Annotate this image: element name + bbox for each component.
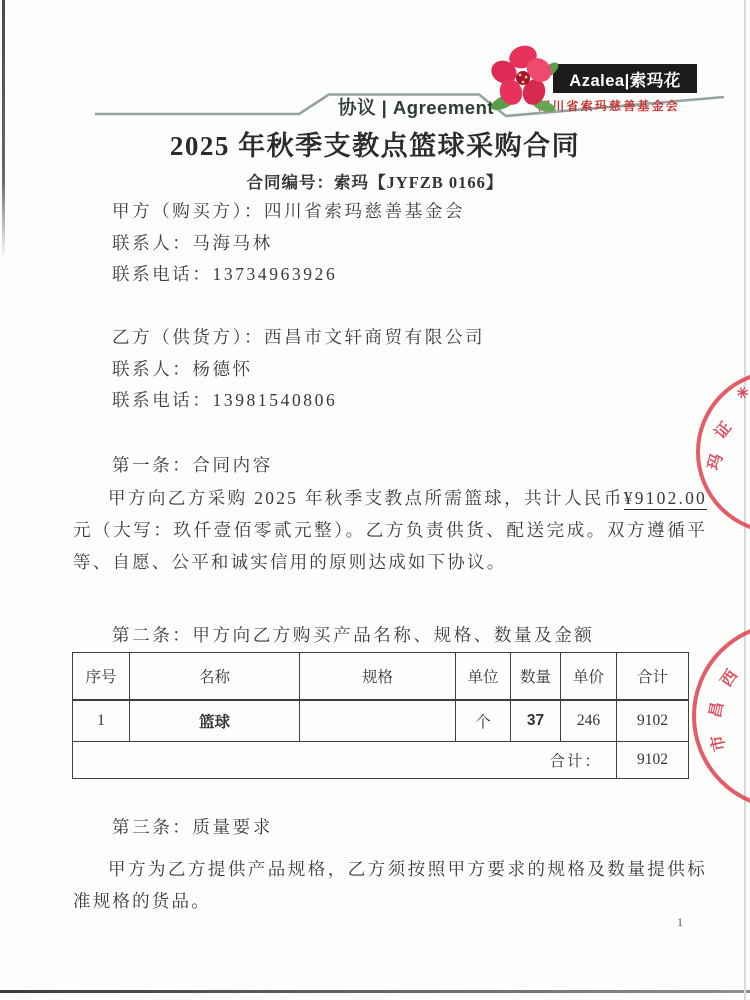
clause-3-heading: 第三条：质量要求	[73, 812, 707, 844]
clause-3-paragraph: 甲方为乙方提供产品规格，乙方须按照甲方要求的规格及数量提供标准规格的货品。	[73, 853, 707, 917]
contract-page: 协议 | Agreement Azalea|索玛花 四川省索玛慈善基金会 202…	[0, 0, 750, 1000]
banner-agreement-label: 协议 | Agreement	[330, 94, 502, 118]
cell-name: 篮球	[130, 700, 300, 742]
col-header-index: 序号	[73, 653, 130, 701]
total-label: 合计：	[73, 742, 617, 779]
party-a-contact: 联系人：马海马林	[73, 228, 713, 260]
col-header-qty: 数量	[511, 653, 561, 701]
total-value: 9102	[617, 742, 689, 779]
cell-price: 246	[561, 700, 617, 742]
party-a-phone: 联系电话：13734963926	[73, 259, 713, 291]
party-b-contact: 联系人：杨德怀	[73, 354, 713, 386]
seal-1-glyph: 玛	[701, 450, 728, 472]
seal-1-glyph: 证	[708, 416, 736, 443]
clause-1-text-after: 元（大写：玖仟壹佰零贰元整）。乙方负责供货、配送完成。双方遵循平等、自愿、公平和…	[73, 520, 707, 572]
col-header-total: 合计	[617, 653, 689, 701]
clause-1-text-before: 甲方向乙方采购 2025 年秋季支教点所需篮球，共计人民币	[108, 488, 624, 508]
seal-2-glyph: 市	[704, 733, 730, 753]
cell-total: 9102	[617, 700, 689, 742]
clause-2-heading: 第二条：甲方向乙方购买产品名称、规格、数量及金额	[73, 620, 733, 652]
seal-2-glyph: 昌	[702, 699, 728, 719]
party-b-role: 乙方（供货方）：西昌市文轩商贸有限公司	[73, 322, 713, 354]
col-header-spec: 规格	[300, 653, 456, 701]
seal-2-glyph: 西	[714, 664, 742, 690]
contract-number: 合同编号：索玛【JYFZB 0166】	[0, 169, 750, 193]
clause-3-block: 第三条：质量要求 甲方为乙方提供产品规格，乙方须按照甲方要求的规格及数量提供标准…	[73, 812, 707, 917]
cell-unit: 个	[456, 700, 511, 742]
clause-1-heading: 第一条：合同内容	[73, 450, 707, 482]
cell-index: 1	[73, 700, 130, 742]
col-header-price: 单价	[561, 653, 617, 701]
contract-amount-underlined: ¥9102.00	[624, 488, 707, 510]
clause-2-block: 第二条：甲方向乙方购买产品名称、规格、数量及金额	[73, 620, 733, 652]
scan-edge-bottom	[0, 990, 750, 993]
cell-spec	[300, 700, 456, 742]
document-title: 2025 年秋季支教点篮球采购合同	[0, 124, 750, 163]
col-header-unit: 单位	[456, 653, 511, 701]
clause-1-block: 第一条：合同内容 甲方向乙方采购 2025 年秋季支教点所需篮球，共计人民币¥9…	[73, 450, 707, 578]
table-row: 1 篮球 个 37 246 9102	[73, 700, 689, 742]
table-header-row: 序号 名称 规格 单位 数量 单价 合计	[73, 653, 689, 701]
org-logo: Azalea|索玛花 四川省索玛慈善基金会	[486, 38, 716, 116]
party-b-phone: 联系电话：13981540806	[73, 385, 713, 417]
party-a-role: 甲方（购买方）：四川省索玛慈善基金会	[73, 196, 713, 228]
table-total-row: 合计： 9102	[73, 742, 689, 779]
goods-table: 序号 名称 规格 单位 数量 单价 合计 1 篮球 个 37 246 9102 …	[72, 652, 689, 779]
star-icon: ✳	[733, 382, 750, 404]
cell-qty: 37	[511, 700, 561, 742]
party-b-block: 乙方（供货方）：西昌市文轩商贸有限公司 联系人：杨德怀 联系电话：1398154…	[73, 322, 713, 417]
col-header-name: 名称	[130, 653, 300, 701]
clause-1-paragraph: 甲方向乙方采购 2025 年秋季支教点所需篮球，共计人民币¥9102.00 元（…	[73, 482, 707, 578]
page-number: 1	[670, 915, 690, 930]
party-a-block: 甲方（购买方）：四川省索玛慈善基金会 联系人：马海马林 联系电话：1373496…	[73, 196, 713, 291]
logo-brand-text: Azalea|索玛花	[569, 67, 680, 91]
azalea-flower-icon	[486, 40, 576, 118]
